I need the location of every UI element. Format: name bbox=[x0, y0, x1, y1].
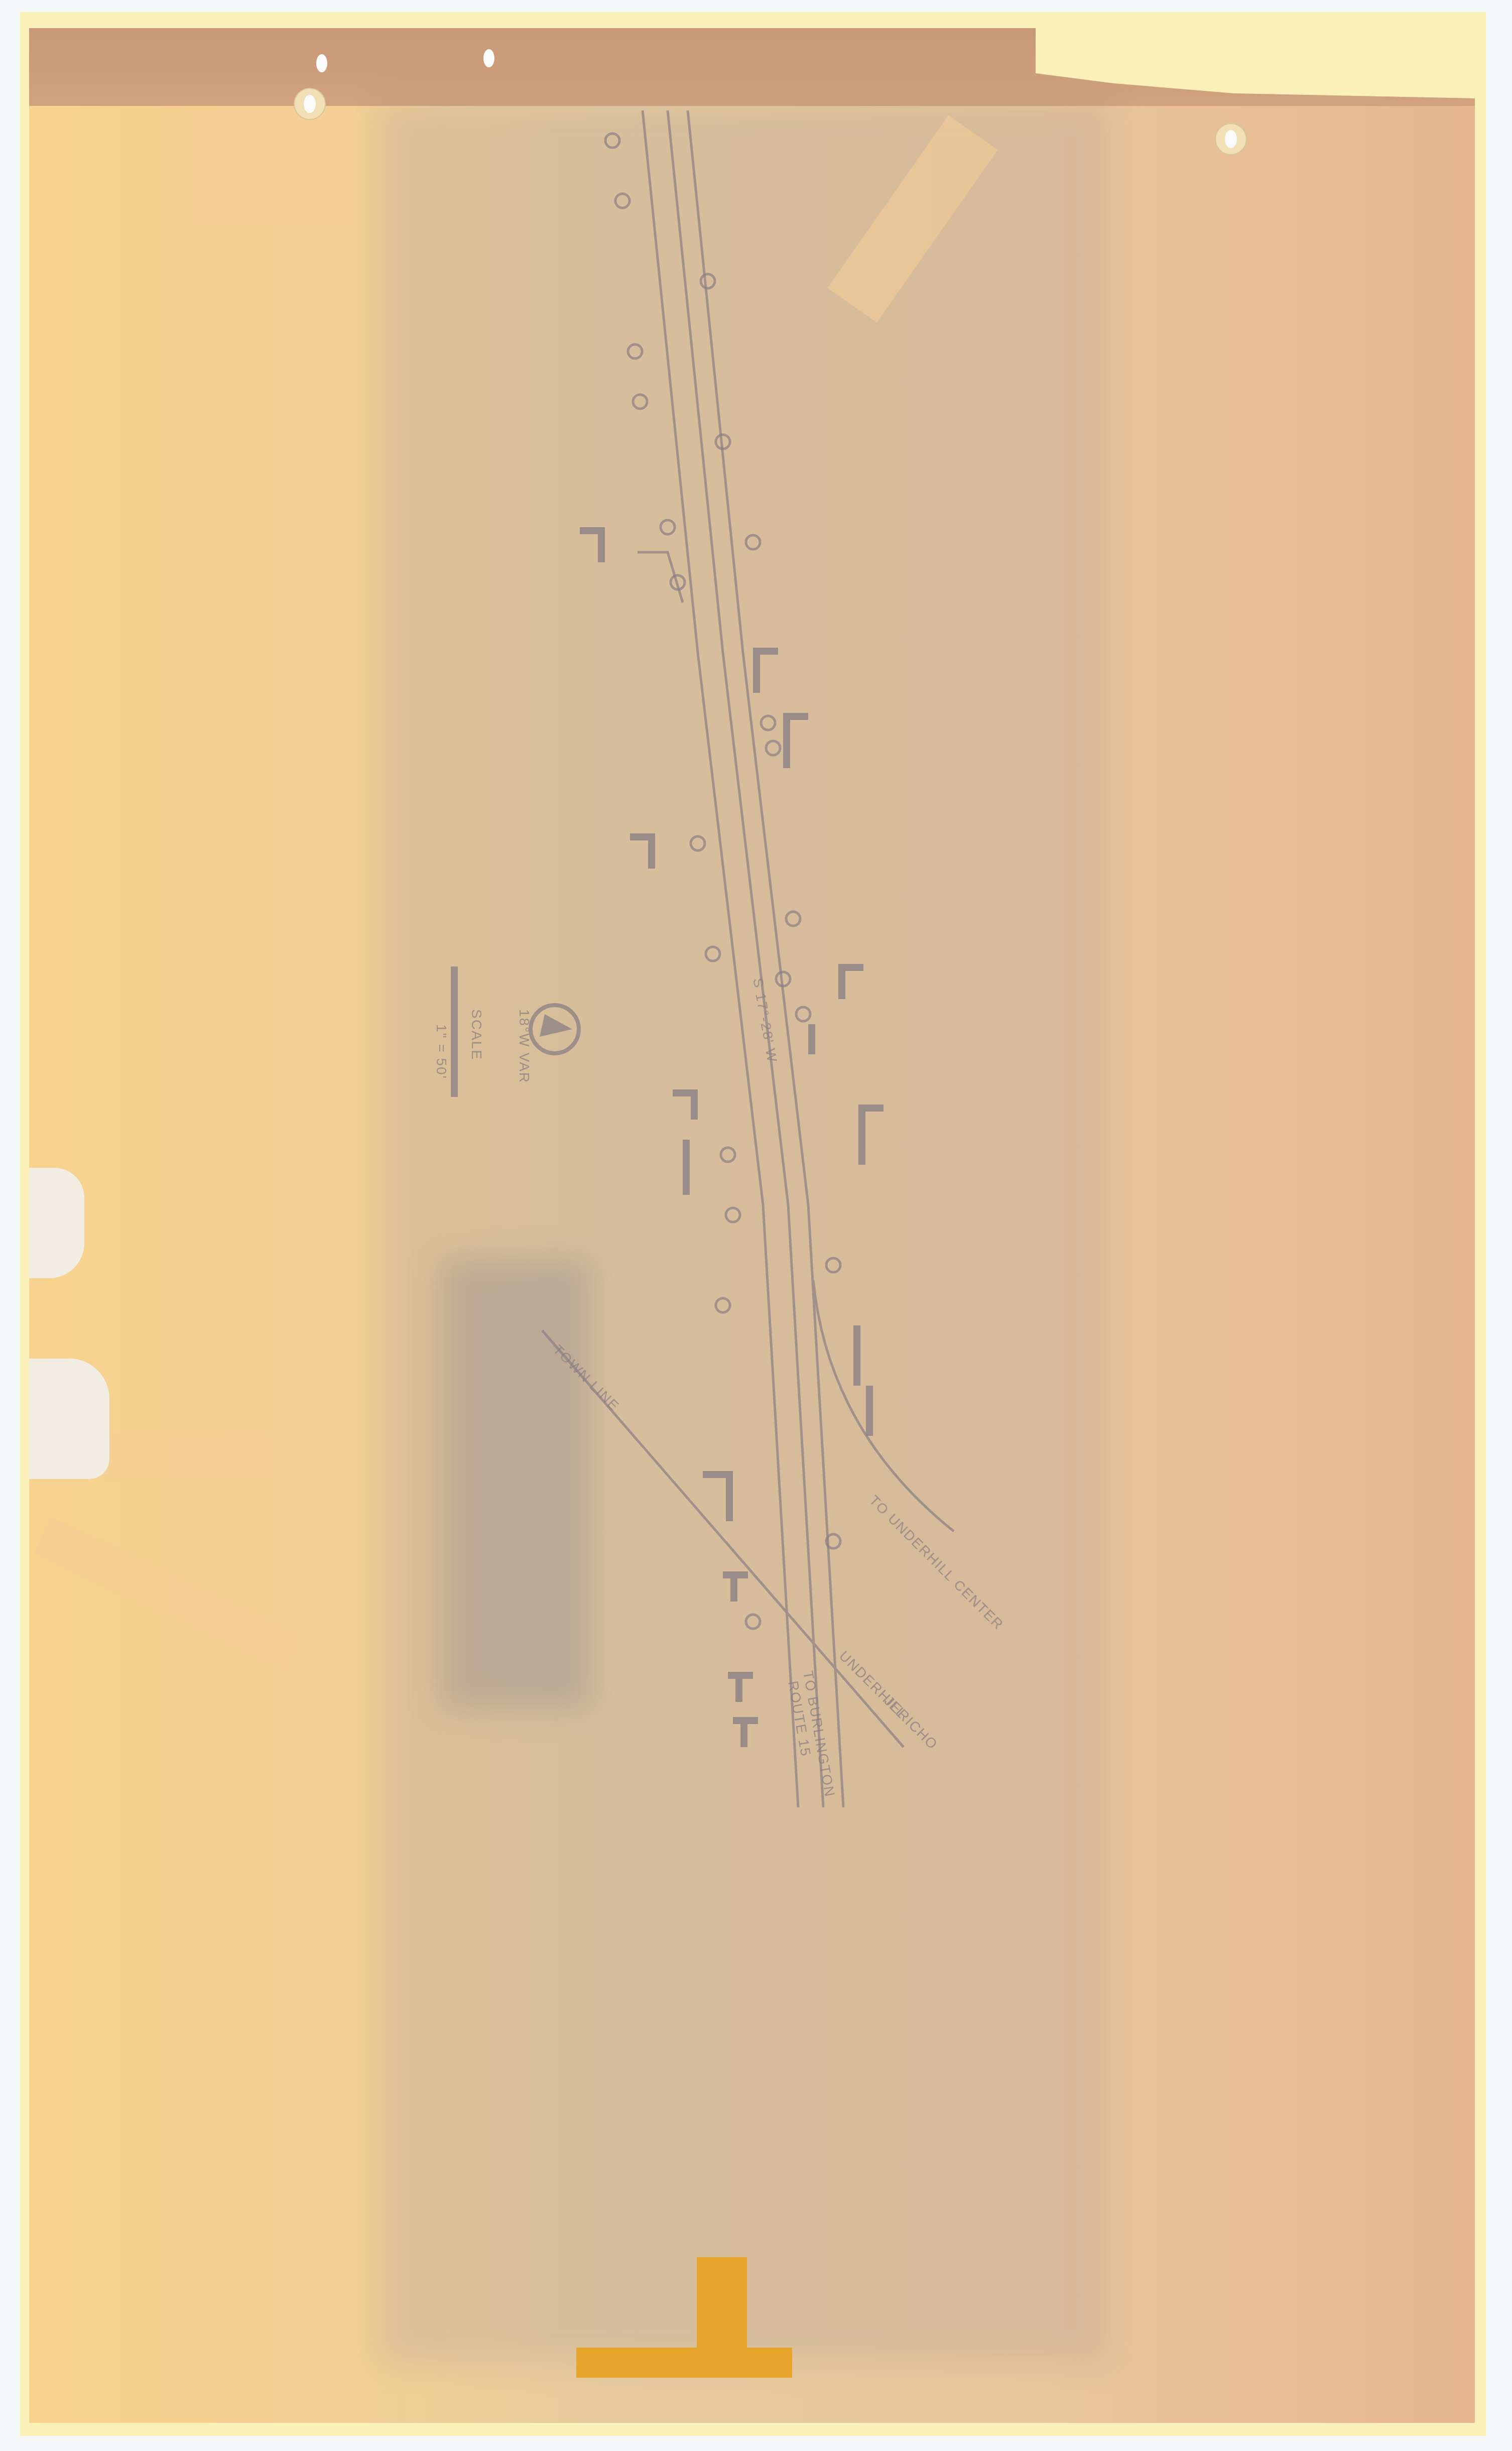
scale-title: SCALE bbox=[469, 1009, 484, 1060]
north-arrow: 18°W VAR bbox=[517, 1005, 579, 1083]
site-plan-drawing: 18°W VAR SCALE 1" = 50' S 17°-28' W TOWN… bbox=[0, 0, 1512, 2451]
tree-symbols bbox=[605, 134, 840, 1629]
scale-ratio: 1" = 50' bbox=[434, 1024, 449, 1079]
town-line-label: TOWN LINE bbox=[550, 1341, 622, 1414]
building-outlines bbox=[580, 527, 884, 1747]
bearing-label: S 17°-28' W bbox=[750, 977, 780, 1064]
scale-bar: SCALE 1" = 50' bbox=[434, 966, 484, 1097]
to-underhill-center-label: TO UNDERHILL CENTER bbox=[866, 1492, 1007, 1633]
declination-label: 18°W VAR bbox=[517, 1009, 532, 1083]
road-lines bbox=[542, 110, 954, 1807]
jericho-label: JERICHO bbox=[881, 1693, 941, 1753]
